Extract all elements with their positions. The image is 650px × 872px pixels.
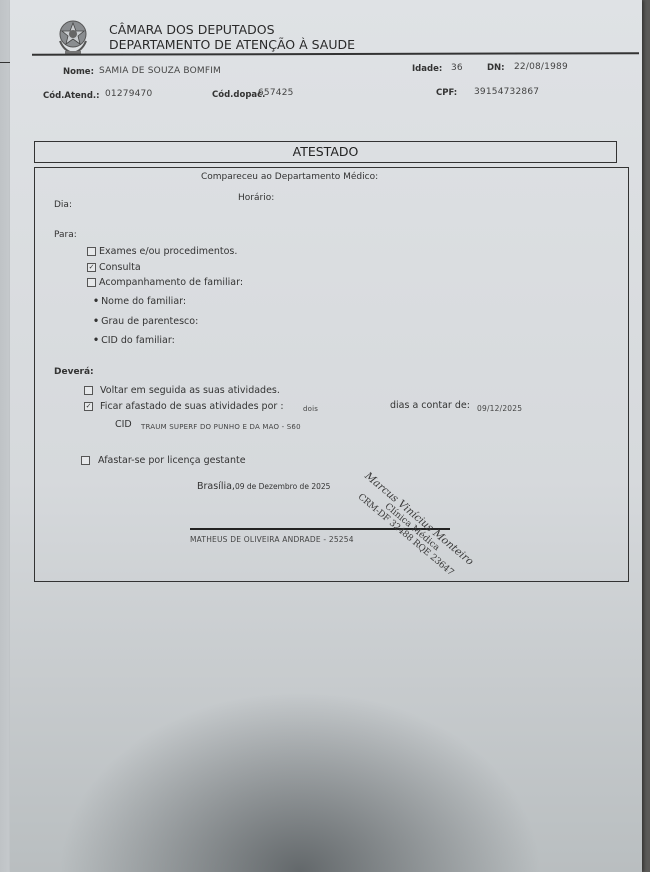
familiar-name-label: Nome do familiar: bbox=[101, 296, 186, 307]
document-title: ATESTADO bbox=[34, 141, 617, 163]
option-voltar[interactable]: Voltar em seguida as suas atividades. bbox=[84, 385, 280, 396]
brazil-coat-of-arms-icon bbox=[56, 17, 90, 57]
place: Brasília, bbox=[197, 481, 235, 492]
dn-label: DN: bbox=[487, 63, 505, 73]
patient-name: SAMIA DE SOUZA BOMFIM bbox=[99, 66, 221, 76]
familiar-cid-field: •CID do familiar: bbox=[93, 335, 175, 346]
option-consulta[interactable]: ✓ Consulta bbox=[87, 262, 141, 273]
place-date: Brasília,09 de Dezembro de 2025 bbox=[197, 481, 330, 492]
horario-label: Horário: bbox=[238, 193, 274, 203]
dia-label: Dia: bbox=[54, 200, 72, 210]
familiar-cid-label: CID do familiar: bbox=[101, 335, 175, 346]
acompanhamento-checkbox[interactable] bbox=[87, 278, 96, 287]
consulta-label: Consulta bbox=[99, 262, 141, 273]
org-name: CÂMARA DOS DEPUTADOS bbox=[109, 22, 355, 37]
nome-label: Nome: bbox=[63, 67, 94, 77]
voltar-checkbox[interactable] bbox=[84, 386, 93, 395]
atestado-document: CÂMARA DOS DEPUTADOS DEPARTAMENTO DE ATE… bbox=[10, 0, 642, 872]
signatory-name: MATHEUS DE OLIVEIRA ANDRADE - 25254 bbox=[190, 535, 354, 544]
option-exames[interactable]: Exames e/ou procedimentos. bbox=[87, 246, 237, 257]
familiar-grau-label: Grau de parentesco: bbox=[101, 316, 198, 327]
option-gestante[interactable]: Afastar-se por licença gestante bbox=[81, 455, 246, 466]
date: 09 de Dezembro de 2025 bbox=[235, 482, 330, 491]
cod-dopac-value: 657425 bbox=[258, 88, 294, 98]
option-acompanhamento[interactable]: Acompanhamento de familiar: bbox=[87, 277, 243, 288]
cpf-label: CPF: bbox=[436, 88, 457, 98]
afastado-label: Ficar afastado de suas atividades por : bbox=[100, 401, 284, 412]
cod-atend-label: Cód.Atend.: bbox=[43, 91, 100, 101]
acompanhamento-label: Acompanhamento de familiar: bbox=[99, 277, 243, 288]
idade-label: Idade: bbox=[412, 64, 442, 74]
cid-value: TRAUM SUPERF DO PUNHO E DA MAO - S60 bbox=[141, 423, 301, 431]
org-header: CÂMARA DOS DEPUTADOS DEPARTAMENTO DE ATE… bbox=[109, 22, 355, 52]
gestante-checkbox[interactable] bbox=[81, 456, 90, 465]
familiar-name-field: •Nome do familiar: bbox=[93, 296, 186, 307]
option-afastado[interactable]: ✓ Ficar afastado de suas atividades por … bbox=[84, 401, 284, 412]
para-label: Para: bbox=[54, 230, 77, 240]
cid-label: CID bbox=[115, 419, 132, 430]
dias-a-contar-label: dias a contar de: bbox=[390, 400, 470, 411]
voltar-label: Voltar em seguida as suas atividades. bbox=[100, 385, 280, 396]
header-divider bbox=[32, 52, 639, 56]
exames-label: Exames e/ou procedimentos. bbox=[99, 246, 237, 257]
dias-value: dois bbox=[303, 405, 318, 413]
gestante-label: Afastar-se por licença gestante bbox=[98, 455, 246, 466]
dias-a-contar-value: 09/12/2025 bbox=[477, 404, 522, 413]
devera-label: Deverá: bbox=[54, 367, 94, 377]
patient-birthdate: 22/08/1989 bbox=[514, 62, 568, 72]
cod-atend-value: 01279470 bbox=[105, 89, 152, 99]
afastado-checkbox-checked[interactable]: ✓ bbox=[84, 402, 93, 411]
exames-checkbox[interactable] bbox=[87, 247, 96, 256]
familiar-grau-field: •Grau de parentesco: bbox=[93, 316, 198, 327]
patient-cpf: 39154732867 bbox=[474, 87, 539, 97]
department-name: DEPARTAMENTO DE ATENÇÃO À SAUDE bbox=[109, 37, 355, 52]
compareceu-label: Compareceu ao Departamento Médico: bbox=[201, 172, 378, 182]
patient-age: 36 bbox=[451, 63, 463, 73]
atestado-form-box bbox=[34, 167, 629, 582]
consulta-checkbox-checked[interactable]: ✓ bbox=[87, 263, 96, 272]
